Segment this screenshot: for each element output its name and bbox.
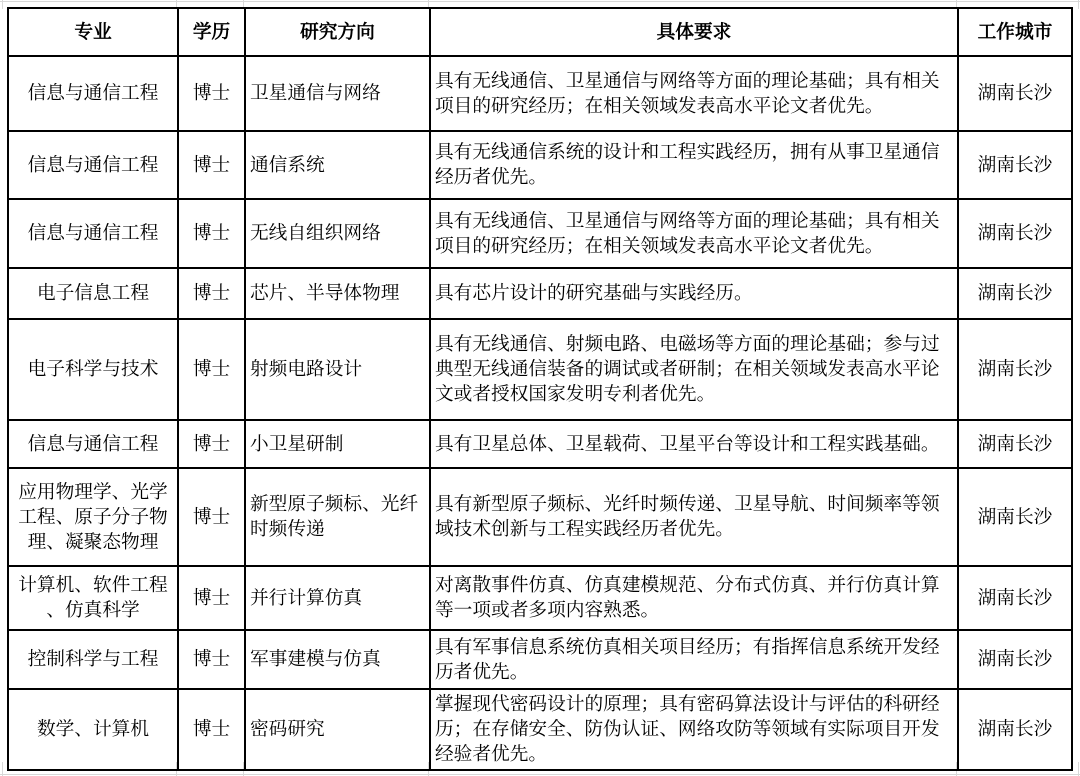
cell-major: 信息与通信工程 <box>8 131 178 199</box>
gridline-top <box>0 1 1080 2</box>
column-header-major: 专业 <box>8 8 178 56</box>
table-row: 信息与通信工程 博士 通信系统 具有无线通信系统的设计和工程实践经历，拥有从事卫… <box>8 131 1072 199</box>
cell-city: 湖南长沙 <box>958 420 1072 468</box>
recruitment-requirements-table: 专业 学历 研究方向 具体要求 工作城市 信息与通信工程 博士 卫星通信与网络 … <box>7 7 1073 771</box>
table-row: 信息与通信工程 博士 卫星通信与网络 具有无线通信、卫星通信与网络等方面的理论基… <box>8 56 1072 131</box>
cell-city: 湖南长沙 <box>958 199 1072 268</box>
gridline-stub <box>2 0 3 9</box>
cell-direction: 小卫星研制 <box>245 420 430 468</box>
table-row: 信息与通信工程 博士 无线自组织网络 具有无线通信、卫星通信与网络等方面的理论基… <box>8 199 1072 268</box>
gridline-bottom <box>0 774 1080 775</box>
cell-major: 信息与通信工程 <box>8 420 178 468</box>
cell-degree: 博士 <box>178 420 245 468</box>
cell-city: 湖南长沙 <box>958 319 1072 420</box>
cell-major: 电子科学与技术 <box>8 319 178 420</box>
cell-city: 湖南长沙 <box>958 131 1072 199</box>
cell-degree: 博士 <box>178 268 245 319</box>
cell-direction: 军事建模与仿真 <box>245 630 430 689</box>
cell-direction: 芯片、半导体物理 <box>245 268 430 319</box>
table-row: 电子信息工程 博士 芯片、半导体物理 具有芯片设计的研究基础与实践经历。 湖南长… <box>8 268 1072 319</box>
cell-requirements: 具有无线通信、射频电路、电磁场等方面的理论基础；参与过典型无线通信装备的调试或者… <box>430 319 958 420</box>
table-row: 信息与通信工程 博士 小卫星研制 具有卫星总体、卫星载荷、卫星平台等设计和工程实… <box>8 420 1072 468</box>
cell-city: 湖南长沙 <box>958 689 1072 770</box>
cell-requirements: 具有新型原子频标、光纤时频传递、卫星导航、时间频率等领域技术创新与工程实践经历者… <box>430 468 958 566</box>
column-header-requirements: 具体要求 <box>430 8 958 56</box>
cell-direction: 射频电路设计 <box>245 319 430 420</box>
table-row: 数学、计算机 博士 密码研究 掌握现代密码设计的原理；具有密码算法设计与评估的科… <box>8 689 1072 770</box>
table-row: 计算机、软件工程、仿真科学 博士 并行计算仿真 对离散事件仿真、仿真建模规范、分… <box>8 566 1072 630</box>
cell-major: 应用物理学、光学工程、原子分子物理、凝聚态物理 <box>8 468 178 566</box>
cell-degree: 博士 <box>178 199 245 268</box>
table-row: 电子科学与技术 博士 射频电路设计 具有无线通信、射频电路、电磁场等方面的理论基… <box>8 319 1072 420</box>
cell-direction: 无线自组织网络 <box>245 199 430 268</box>
gridline-stub <box>1078 762 1079 776</box>
column-header-direction: 研究方向 <box>245 8 430 56</box>
cell-degree: 博士 <box>178 131 245 199</box>
cell-direction: 密码研究 <box>245 689 430 770</box>
cell-requirements: 掌握现代密码设计的原理；具有密码算法设计与评估的科研经历；在存储安全、防伪认证、… <box>430 689 958 770</box>
table-row: 应用物理学、光学工程、原子分子物理、凝聚态物理 博士 新型原子频标、光纤时频传递… <box>8 468 1072 566</box>
cell-requirements: 具有军事信息系统仿真相关项目经历；有指挥信息系统开发经历者优先。 <box>430 630 958 689</box>
cell-major: 计算机、软件工程、仿真科学 <box>8 566 178 630</box>
cell-direction: 卫星通信与网络 <box>245 56 430 131</box>
cell-city: 湖南长沙 <box>958 468 1072 566</box>
cell-degree: 博士 <box>178 319 245 420</box>
cell-degree: 博士 <box>178 630 245 689</box>
cell-requirements: 具有无线通信、卫星通信与网络等方面的理论基础；具有相关项目的研究经历；在相关领域… <box>430 199 958 268</box>
cell-city: 湖南长沙 <box>958 268 1072 319</box>
cell-major: 数学、计算机 <box>8 689 178 770</box>
cell-direction: 新型原子频标、光纤时频传递 <box>245 468 430 566</box>
cell-direction: 通信系统 <box>245 131 430 199</box>
cell-degree: 博士 <box>178 566 245 630</box>
cell-degree: 博士 <box>178 56 245 131</box>
gridline-stub <box>1078 0 1079 9</box>
table-row: 控制科学与工程 博士 军事建模与仿真 具有军事信息系统仿真相关项目经历；有指挥信… <box>8 630 1072 689</box>
page: 专业 学历 研究方向 具体要求 工作城市 信息与通信工程 博士 卫星通信与网络 … <box>0 0 1080 776</box>
cell-major: 信息与通信工程 <box>8 199 178 268</box>
cell-requirements: 具有无线通信、卫星通信与网络等方面的理论基础；具有相关项目的研究经历；在相关领域… <box>430 56 958 131</box>
table-header-row: 专业 学历 研究方向 具体要求 工作城市 <box>8 8 1072 56</box>
cell-city: 湖南长沙 <box>958 566 1072 630</box>
cell-requirements: 具有芯片设计的研究基础与实践经历。 <box>430 268 958 319</box>
cell-major: 电子信息工程 <box>8 268 178 319</box>
gridline-stub <box>2 762 3 776</box>
cell-major: 控制科学与工程 <box>8 630 178 689</box>
cell-degree: 博士 <box>178 468 245 566</box>
column-header-city: 工作城市 <box>958 8 1072 56</box>
cell-city: 湖南长沙 <box>958 56 1072 131</box>
cell-requirements: 具有无线通信系统的设计和工程实践经历，拥有从事卫星通信经历者优先。 <box>430 131 958 199</box>
cell-city: 湖南长沙 <box>958 630 1072 689</box>
cell-direction: 并行计算仿真 <box>245 566 430 630</box>
cell-major: 信息与通信工程 <box>8 56 178 131</box>
cell-degree: 博士 <box>178 689 245 770</box>
cell-requirements: 对离散事件仿真、仿真建模规范、分布式仿真、并行仿真计算等一项或者多项内容熟悉。 <box>430 566 958 630</box>
column-header-degree: 学历 <box>178 8 245 56</box>
cell-requirements: 具有卫星总体、卫星载荷、卫星平台等设计和工程实践基础。 <box>430 420 958 468</box>
